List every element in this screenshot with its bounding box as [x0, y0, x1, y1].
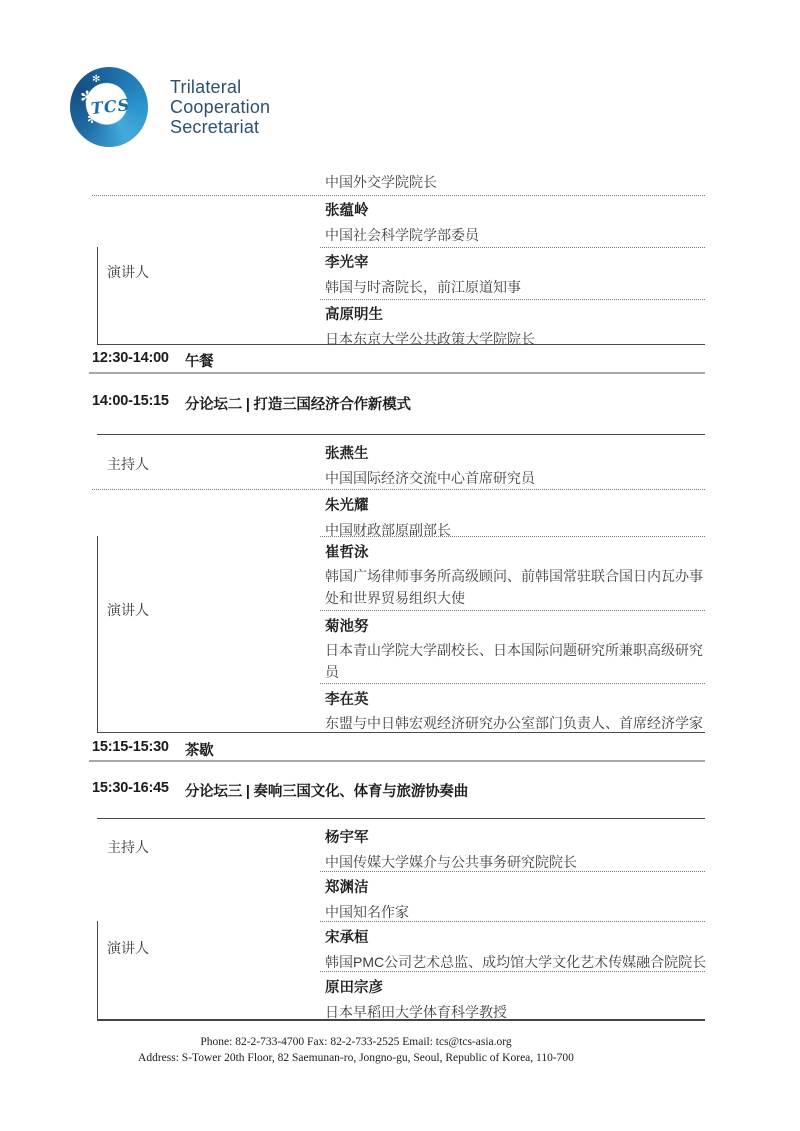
- row-divider: [320, 610, 705, 611]
- speaker-name: 崔哲泳: [325, 541, 707, 562]
- moderator-title: 中国传媒大学媒介与公共事务研究院院长: [325, 851, 707, 873]
- section-divider: [89, 760, 705, 762]
- row-divider: [320, 683, 705, 684]
- table-border: [97, 818, 705, 819]
- moderator-title: 中国国际经济交流中心首席研究员: [325, 467, 707, 489]
- table-border: [97, 344, 705, 345]
- table-border: [97, 536, 98, 732]
- speaker-title: 韩国与时斋院长，前江原道知事: [325, 276, 707, 298]
- table-border: [97, 247, 98, 344]
- speaker-title: 东盟与中日韩宏观经济研究办公室部门负责人、首席经济学家: [325, 712, 707, 734]
- session-title: 分论坛三 | 奏响三国文化、体育与旅游协奏曲: [185, 780, 468, 801]
- speaker-title: 中国知名作家: [325, 901, 707, 923]
- row-divider: [320, 921, 705, 922]
- tea-break-row: 15:15-15:30 茶歇: [92, 739, 213, 760]
- moderator-label: 主持人: [107, 837, 149, 857]
- table-border: [97, 434, 705, 435]
- section-divider: [89, 372, 705, 374]
- page-footer: Phone: 82-2-733-4700 Fax: 82-2-733-2525 …: [0, 1034, 712, 1066]
- speaker-title: 日本青山学院大学副校长、日本国际问题研究所兼职高级研究员: [325, 639, 707, 683]
- speaker-name: 张蕴岭: [325, 199, 707, 220]
- row-divider: [92, 195, 705, 196]
- speaker-name: 郑渊洁: [325, 876, 707, 897]
- table-border: [97, 732, 705, 733]
- row-divider: [92, 489, 705, 490]
- wordmark-line: Cooperation: [170, 97, 270, 117]
- speakers-label: 演讲人: [107, 938, 149, 958]
- speakers-label: 演讲人: [107, 262, 149, 282]
- session-label: 茶歇: [185, 739, 214, 760]
- carryover-speaker-title: 中国外交学院院长: [325, 171, 707, 193]
- session-heading: 14:00-15:15 分论坛二 | 打造三国经济合作新模式: [92, 393, 411, 414]
- speaker-name: 菊池努: [325, 615, 707, 636]
- wordmark-line: Secretariat: [170, 117, 270, 137]
- time-slot: 15:15-15:30: [92, 739, 169, 760]
- row-divider: [320, 247, 705, 248]
- moderator-label: 主持人: [107, 454, 149, 474]
- time-slot: 14:00-15:15: [92, 393, 169, 414]
- row-divider: [320, 871, 705, 872]
- tcs-wordmark: Trilateral Cooperation Secretariat: [170, 77, 270, 137]
- table-border: [97, 921, 98, 1019]
- wordmark-line: Trilateral: [170, 77, 270, 97]
- session-heading: 15:30-16:45 分论坛三 | 奏响三国文化、体育与旅游协奏曲: [92, 780, 468, 801]
- speakers-label: 演讲人: [107, 600, 149, 620]
- speaker-name: 朱光耀: [325, 494, 707, 515]
- speaker-name: 原田宗彦: [325, 976, 707, 997]
- speaker-name: 李光宰: [325, 251, 707, 272]
- speaker-name: 高原明生: [325, 303, 707, 324]
- time-slot: 12:30-14:00: [92, 350, 169, 371]
- row-divider: [320, 299, 705, 300]
- table-border: [97, 1019, 705, 1021]
- agenda-page: ✻ ✻ ✻ TCS Trilateral Cooperation Secreta…: [0, 0, 800, 1131]
- speaker-title: 韩国广场律师事务所高级顾问、前韩国常驻联合国日内瓦办事处和世界贸易组织大使: [325, 565, 707, 609]
- speaker-title: 日本东京大学公共政策大学院院长: [325, 328, 707, 350]
- footer-address: Address: S-Tower 20th Floor, 82 Saemunan…: [0, 1050, 712, 1066]
- moderator-name: 张燕生: [325, 442, 707, 463]
- speaker-title: 中国财政部原副部长: [325, 519, 707, 541]
- row-divider: [320, 971, 705, 972]
- speaker-name: 宋承桓: [325, 926, 707, 947]
- session-label: 午餐: [185, 350, 214, 371]
- time-slot: 15:30-16:45: [92, 780, 169, 801]
- lunch-row: 12:30-14:00 午餐: [92, 350, 213, 371]
- tcs-logo-mark: ✻ ✻ ✻ TCS: [70, 67, 148, 147]
- moderator-name: 杨宇军: [325, 826, 707, 847]
- tcs-acronym: TCS: [90, 95, 131, 118]
- speaker-name: 李在英: [325, 688, 707, 709]
- star-icon: ✻: [92, 75, 100, 85]
- speaker-title: 韩国PMC公司艺术总监、成均馆大学文化艺术传媒融合院院长: [325, 951, 707, 973]
- row-divider: [320, 536, 705, 537]
- speaker-title: 中国社会科学院学部委员: [325, 224, 707, 246]
- session-title: 分论坛二 | 打造三国经济合作新模式: [185, 393, 411, 414]
- footer-contact: Phone: 82-2-733-4700 Fax: 82-2-733-2525 …: [0, 1034, 712, 1050]
